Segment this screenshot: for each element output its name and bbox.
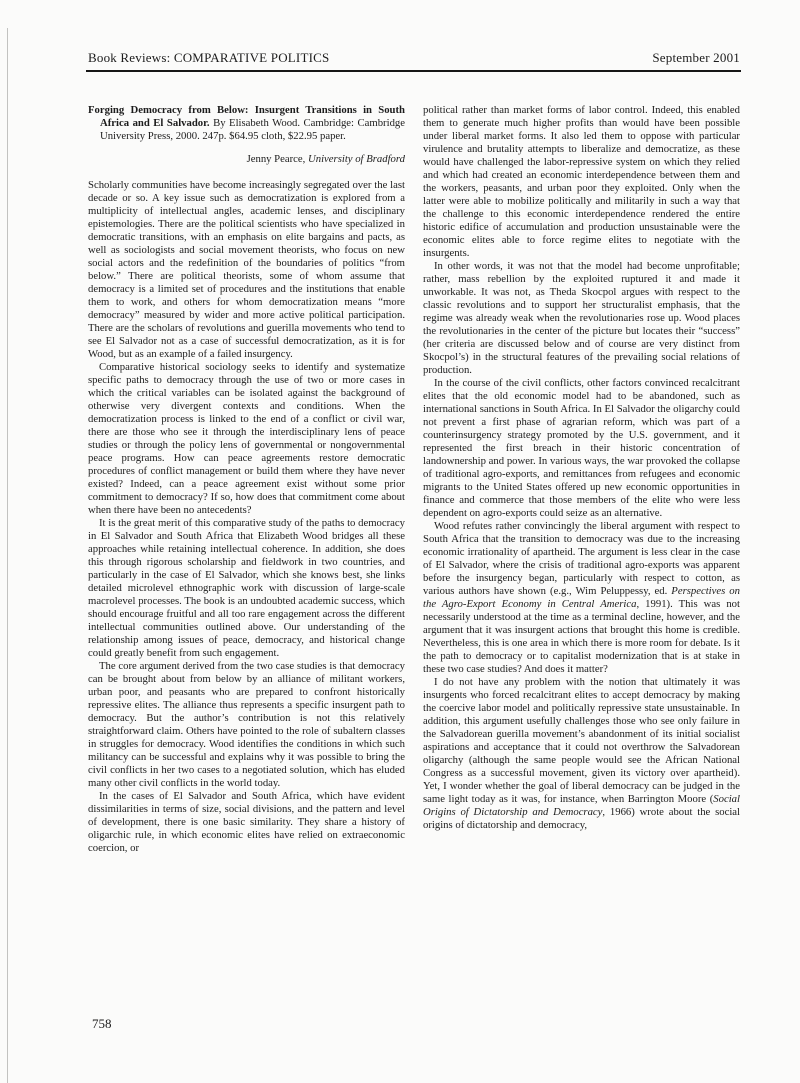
page-number: 758 [92, 1016, 112, 1032]
paragraph-text: Comparative historical sociology seeks t… [88, 361, 405, 516]
left-column-text: Scholarly communities have become increa… [88, 179, 405, 855]
paragraph: Scholarly communities have become increa… [88, 179, 405, 361]
paragraph-text: In the cases of El Salvador and South Af… [88, 790, 405, 854]
paragraph: The core argument derived from the two c… [88, 660, 405, 790]
header-rule [86, 70, 741, 72]
paragraph-text: It is the great merit of this comparativ… [88, 517, 405, 659]
reviewer-name: Jenny Pearce, [247, 153, 308, 165]
issue-date: September 2001 [652, 50, 740, 66]
paragraph: It is the great merit of this comparativ… [88, 517, 405, 660]
running-head: Book Reviews: COMPARATIVE POLITICS [88, 50, 329, 66]
review-body: Forging Democracy from Below: Insurgent … [88, 104, 740, 855]
reviewer-line: Jenny Pearce, University of Bradford [88, 153, 405, 166]
paragraph-text: In other words, it was not that the mode… [423, 260, 740, 376]
paragraph: I do not have any problem with the notio… [423, 676, 740, 832]
paragraph: Wood refutes rather convincingly the lib… [423, 520, 740, 676]
paragraph: political rather than market forms of la… [423, 104, 740, 260]
scan-edge-line [7, 28, 8, 1083]
paragraph-text: I do not have any problem with the notio… [423, 676, 740, 805]
journal-page: Book Reviews: COMPARATIVE POLITICS Septe… [0, 0, 800, 1083]
right-column: political rather than market forms of la… [423, 104, 740, 855]
paragraph-text: Scholarly communities have become increa… [88, 179, 405, 360]
paragraph-text: The core argument derived from the two c… [88, 660, 405, 789]
right-column-text: political rather than market forms of la… [423, 104, 740, 832]
page-header: Book Reviews: COMPARATIVE POLITICS Septe… [88, 50, 740, 66]
paragraph-text: In the course of the civil conflicts, ot… [423, 377, 740, 519]
paragraph: In other words, it was not that the mode… [423, 260, 740, 377]
reviewer-affiliation: University of Bradford [308, 153, 405, 165]
paragraph-text: political rather than market forms of la… [423, 104, 740, 259]
book-citation: Forging Democracy from Below: Insurgent … [88, 104, 405, 143]
left-column: Forging Democracy from Below: Insurgent … [88, 104, 405, 855]
paragraph: In the course of the civil conflicts, ot… [423, 377, 740, 520]
paragraph: Comparative historical sociology seeks t… [88, 361, 405, 517]
paragraph: In the cases of El Salvador and South Af… [88, 790, 405, 855]
